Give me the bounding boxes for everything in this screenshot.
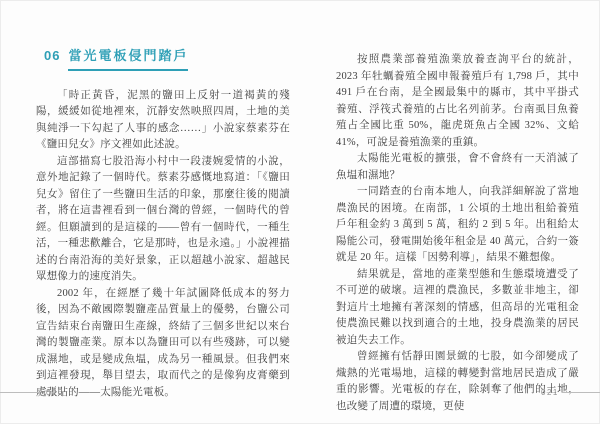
paragraph: 一同踏查的台南本地人，向我詳細解說了當地農漁民的困境。在南部，1 公頃的土地出租… — [336, 184, 579, 267]
paragraph: 曾經擁有恬靜田園景緻的七股，如今卻變成了熾熱的光電場地，這樣的轉變對當地居民造成… — [336, 349, 579, 415]
page-number-right: 021 — [541, 388, 559, 397]
paragraph: 按照農業部養殖漁業放養查詢平台的統計，2023 年牡蠣養殖全國申報養殖戶有 1,… — [336, 52, 579, 151]
folio-rule-left — [0, 392, 40, 393]
paragraph: 結果就是，當地的產業型態和生態環境遭受了不可逆的破壞。這裡的農漁民，多數並非地主… — [336, 267, 579, 350]
chapter-number: 06 — [44, 48, 60, 63]
left-page-body: 「時正黃昏，泥黑的鹽田上反射一道褐黃的殘陽，緩緩如從地裡來，沉靜安然映照四周，土… — [36, 88, 290, 402]
paragraph: 「時正黃昏，泥黑的鹽田上反射一道褐黃的殘陽，緩緩如從地裡來，沉靜安然映照四周，土… — [36, 88, 290, 154]
folio-rule-right — [562, 392, 600, 393]
chapter-heading: 06當光電板侵門踏戶 — [44, 48, 290, 71]
left-page: 06當光電板侵門踏戶 「時正黃昏，泥黑的鹽田上反射一道褐黃的殘陽，緩緩如從地裡來… — [36, 48, 290, 401]
paragraph: 太陽能光電板的擴張，會不會終有一天消滅了魚塭和濕地？ — [336, 151, 579, 184]
paragraph: 這部描寫七股沿海小村中一段淒婉愛情的小說，意外地記錄了一個時代。蔡素芬感慨地寫道… — [36, 154, 290, 286]
chapter-title: 當光電板侵門踏戶 — [68, 48, 188, 71]
page-number-left: 020 — [46, 388, 64, 397]
book-spread: 06當光電板侵門踏戶 「時正黃昏，泥黑的鹽田上反射一道褐黃的殘陽，緩緩如從地裡來… — [0, 0, 600, 424]
right-page-body: 按照農業部養殖漁業放養查詢平台的統計，2023 年牡蠣養殖全國申報養殖戶有 1,… — [336, 52, 579, 415]
paragraph: 2002 年，在經歷了幾十年試圖降低成本的努力後，因為不敵國際製鹽產品質量上的優… — [36, 286, 290, 402]
right-page: 按照農業部養殖漁業放養查詢平台的統計，2023 年牡蠣養殖全國申報養殖戶有 1,… — [336, 52, 579, 415]
